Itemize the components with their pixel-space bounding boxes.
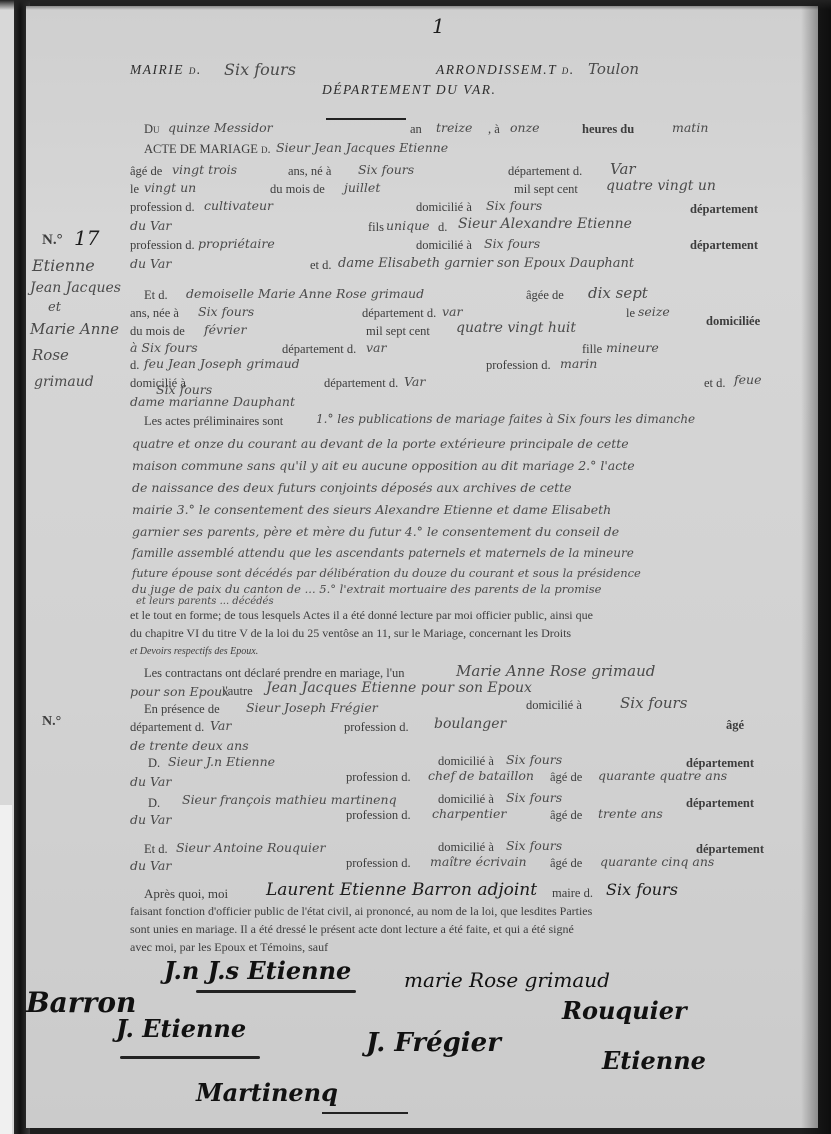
- witness-4-dept: du Var: [130, 858, 171, 873]
- closing-line-2: avec moi, par les Epoux et Témoins, sauf: [130, 940, 328, 955]
- witness-4-profession: maître écrivain: [430, 854, 527, 869]
- witness-3-profession: charpentier: [432, 806, 506, 821]
- margin-name-1: Etienne: [32, 256, 95, 275]
- bride-father-label: d.: [130, 358, 139, 373]
- witness-3-domicile: Six fours: [506, 790, 562, 805]
- bride-fille-qualifier: mineure: [606, 340, 659, 355]
- signature-bride: marie Rose grimaud: [404, 968, 610, 992]
- preliminary-line-3: de naissance des deux futurs conjoints d…: [132, 480, 572, 495]
- witness-3-age-label: âgé de: [550, 808, 582, 823]
- mairie-value: Six fours: [224, 60, 296, 79]
- witness-4-age: quarante cinq ans: [600, 854, 714, 869]
- bride-day-label: le: [626, 306, 635, 321]
- document-page: 1 MAIRIE d. Six fours ARRONDISSEM.T d. T…: [26, 6, 818, 1128]
- preliminary-line-7: future épouse sont décédés par délibérat…: [132, 566, 641, 580]
- declaration-bride: Marie Anne Rose grimaud: [456, 662, 655, 680]
- arrondissement-label: ARRONDISSEM.T d.: [436, 62, 575, 78]
- witness-4-profession-label: profession d.: [346, 856, 411, 871]
- witness-2-profession: chef de bataillon: [428, 768, 534, 783]
- declaration-bride-role: pour son Epoux: [130, 684, 229, 699]
- groom-mother-label: et d.: [310, 258, 332, 273]
- signature-rouquier: Rouquier: [562, 996, 687, 1025]
- acte-label: ACTE DE MARIAGE d.: [144, 142, 271, 157]
- bride-month-label: du mois de: [130, 324, 185, 339]
- bride-mother-label: et d.: [704, 376, 726, 391]
- header-divider: [326, 118, 406, 120]
- witness-2-domicile: Six fours: [506, 752, 562, 767]
- date-hour: onze: [510, 120, 540, 135]
- signature-martinenq: Martinenq: [196, 1078, 338, 1107]
- groom-domicile-label: domicilié à: [416, 200, 472, 215]
- groom-father-label: d.: [438, 220, 447, 235]
- witness-2-profession-label: profession d.: [346, 770, 411, 785]
- groom-profession: cultivateur: [204, 198, 273, 213]
- signature-fregier: J. Frégier: [366, 1028, 501, 1058]
- witness-4-name: Sieur Antoine Rouquier: [176, 840, 325, 855]
- second-entry-label: N.°: [42, 714, 61, 730]
- date-an-label: an: [410, 122, 422, 137]
- bride-name: demoiselle Marie Anne Rose grimaud: [186, 286, 424, 301]
- bride-dept2-label: département d.: [282, 342, 356, 357]
- preliminary-line-2: maison commune sans qu'il y ait eu aucun…: [132, 458, 635, 473]
- bride-father-dept-label: département d.: [324, 376, 398, 391]
- bride-day: seize: [638, 304, 670, 319]
- preliminary-line-1: quatre et onze du courant au devant de l…: [132, 436, 629, 451]
- groom-dept-label: département d.: [508, 164, 582, 179]
- bride-mother-cont: dame marianne Dauphant: [130, 394, 295, 409]
- groom-fils-label: fils: [368, 220, 384, 235]
- preliminary-line-0: 1.° les publications de mariage faites à…: [316, 412, 695, 426]
- signature-etienne-2: Etienne: [602, 1046, 706, 1075]
- closing-label: Après quoi, moi: [144, 886, 228, 902]
- date-time-of-day: matin: [672, 120, 708, 135]
- bride-label: Et d.: [144, 288, 168, 303]
- margin-name-6: grimaud: [34, 374, 94, 390]
- bride-domicile-label: domiciliée: [706, 314, 760, 329]
- bride-birthplace: Six fours: [198, 304, 254, 319]
- departement-header: DÉPARTEMENT DU VAR.: [322, 82, 496, 98]
- witness-1-age-label: âgé: [726, 718, 744, 733]
- page-right-shadow: [801, 0, 831, 1134]
- date-du-label: Du: [144, 122, 160, 137]
- margin-name-3: et: [48, 300, 61, 315]
- groom-father-dept: du Var: [130, 256, 171, 271]
- groom-dept2-label: département: [690, 202, 758, 217]
- date-a-label: , à: [488, 122, 500, 137]
- witness-2-dept: du Var: [130, 774, 171, 789]
- bride-age-label: âgée de: [526, 288, 564, 303]
- witness-2-domicile-label: domicilié à: [438, 754, 494, 769]
- groom-mother: dame Elisabeth garnier son Epoux Dauphan…: [338, 256, 634, 271]
- page-top-shadow: [0, 0, 831, 10]
- groom-dept: Var: [610, 160, 636, 178]
- bride-father: feu Jean Joseph grimaud: [144, 356, 300, 371]
- witness-3-dept: du Var: [130, 812, 171, 827]
- margin-name-4: Marie Anne: [30, 320, 119, 338]
- groom-year-label: mil sept cent: [514, 182, 578, 197]
- witness-2-age-label: âgé de: [550, 770, 582, 785]
- page-number: 1: [432, 14, 445, 38]
- closing-maire-commune: Six fours: [606, 880, 678, 899]
- preliminary-line-9: et leurs parents ... décédés: [136, 596, 274, 607]
- witness-1-domicile-label: domicilié à: [526, 698, 582, 713]
- witness-1-profession-label: profession d.: [344, 720, 409, 735]
- arrondissement-value: Toulon: [588, 60, 639, 78]
- bride-father-dept: Var: [404, 374, 425, 389]
- witness-3-age: trente ans: [598, 806, 663, 821]
- witness-2-name: Sieur J.n Etienne: [168, 754, 275, 769]
- groom-dept2: du Var: [130, 218, 171, 233]
- closing-line-0: faisant fonction d'officier public de l'…: [130, 904, 592, 919]
- witness-4-label: Et d.: [144, 842, 168, 857]
- signature-groom: J.n J.s Etienne: [164, 956, 351, 985]
- entry-number-label: N.°: [42, 232, 63, 249]
- groom-father-profession: propriétaire: [198, 236, 275, 251]
- witness-1-dept-label: département d.: [130, 720, 204, 735]
- groom-month: juillet: [344, 180, 380, 195]
- declaration-autre-label: l'autre: [222, 684, 253, 699]
- witness-2-age: quarante quatre ans: [598, 768, 727, 783]
- witness-2-label: D.: [148, 756, 160, 771]
- declaration-groom: Jean Jacques Etienne pour son Epoux: [266, 680, 532, 696]
- margin-name-5: Rose: [32, 346, 69, 364]
- groom-father-dept-label: département: [690, 238, 758, 253]
- bride-dept: var: [442, 304, 463, 319]
- witness-1-domicile: Six fours: [620, 694, 687, 712]
- entry-number-value: 17: [74, 226, 99, 250]
- groom-age: vingt trois: [172, 162, 237, 177]
- witness-1-dept: Var: [210, 718, 231, 733]
- closing-mayor: Laurent Etienne Barron adjoint: [266, 880, 537, 900]
- margin-name-2: Jean Jacques: [30, 280, 121, 296]
- bride-fille-label: fille: [582, 342, 602, 357]
- witness-3-label: D.: [148, 796, 160, 811]
- closing-maire-label: maire d.: [552, 886, 593, 901]
- bride-father-profession: marin: [560, 356, 597, 371]
- date-day: quinze Messidor: [168, 120, 273, 135]
- bride-dept2: var: [366, 340, 387, 355]
- bride-dept-label: département d.: [362, 306, 436, 321]
- witness-4-age-label: âgé de: [550, 856, 582, 871]
- witness-1-age: de trente deux ans: [130, 738, 249, 753]
- date-heures-label: heures du: [582, 122, 634, 137]
- groom-profession-label: profession d.: [130, 200, 195, 215]
- groom-father-profession-label: profession d.: [130, 238, 195, 253]
- witness-1-label: En présence de: [144, 702, 220, 717]
- preliminary-line-4: mairie 3.° le consentement des sieurs Al…: [132, 502, 611, 517]
- bride-father-profession-label: profession d.: [486, 358, 551, 373]
- bride-year-label: mil sept cent: [366, 324, 430, 339]
- groom-father: Sieur Alexandre Etienne: [458, 216, 632, 232]
- bride-ans-label: ans, née à: [130, 306, 179, 321]
- closing-law-line-2: et Devoirs respectifs des Epoux.: [130, 646, 258, 657]
- closing-line-1: sont unies en mariage. Il a été dressé l…: [130, 922, 574, 937]
- groom-domicile: Six fours: [486, 198, 542, 213]
- signature-underline: [322, 1112, 408, 1114]
- declaration-label: Les contractans ont déclaré prendre en m…: [144, 666, 404, 681]
- date-year: treize: [436, 120, 472, 135]
- groom-year: quatre vingt un: [606, 178, 716, 194]
- closing-law-line-1: du chapitre VI du titre V de la loi du 2…: [130, 626, 571, 641]
- groom-birthplace: Six fours: [358, 162, 414, 177]
- groom-ans-label: ans, né à: [288, 164, 331, 179]
- preliminary-line-6: famille assemblé attendu que les ascenda…: [132, 546, 634, 560]
- bride-mother: feue: [734, 372, 761, 387]
- groom-father-domicile: Six fours: [484, 236, 540, 251]
- signature-etienne-1: J. Etienne: [116, 1014, 246, 1043]
- preliminary-line-5: garnier ses parents, père et mère du fut…: [132, 524, 619, 539]
- bride-month: février: [204, 322, 246, 337]
- witness-3-domicile-label: domicilié à: [438, 792, 494, 807]
- closing-law-line-0: et le tout en forme; de tous lesquels Ac…: [130, 608, 593, 623]
- preliminary-label: Les actes préliminaires sont: [144, 414, 283, 429]
- bride-domicile: à Six fours: [130, 340, 198, 355]
- preliminary-line-8: du juge de paix du canton de ... 5.° l'e…: [132, 582, 601, 596]
- witness-3-dept-label: département: [686, 796, 754, 811]
- witness-3-name: Sieur françois mathieu martinenq: [182, 792, 397, 807]
- witness-4-domicile-label: domicilié à: [438, 840, 494, 855]
- witness-3-profession-label: profession d.: [346, 808, 411, 823]
- groom-name: Sieur Jean Jacques Etienne: [276, 140, 448, 155]
- groom-birthday-label: le: [130, 182, 139, 197]
- page-left-edge-white: [0, 805, 12, 1134]
- bride-year: quatre vingt huit: [456, 320, 576, 336]
- signature-underline: [120, 1056, 260, 1059]
- mairie-label: MAIRIE d.: [130, 62, 202, 78]
- bride-age: dix sept: [588, 284, 648, 302]
- witness-1-profession: boulanger: [434, 716, 506, 732]
- groom-birthday: vingt un: [144, 180, 196, 195]
- witness-1-name: Sieur Joseph Frégier: [246, 700, 378, 715]
- groom-father-domicile-label: domicilié à: [416, 238, 472, 253]
- signature-underline: [196, 990, 356, 993]
- witness-4-domicile: Six fours: [506, 838, 562, 853]
- groom-month-label: du mois de: [270, 182, 325, 197]
- groom-fils-qualifier: unique: [386, 218, 430, 233]
- groom-age-label: âgé de: [130, 164, 162, 179]
